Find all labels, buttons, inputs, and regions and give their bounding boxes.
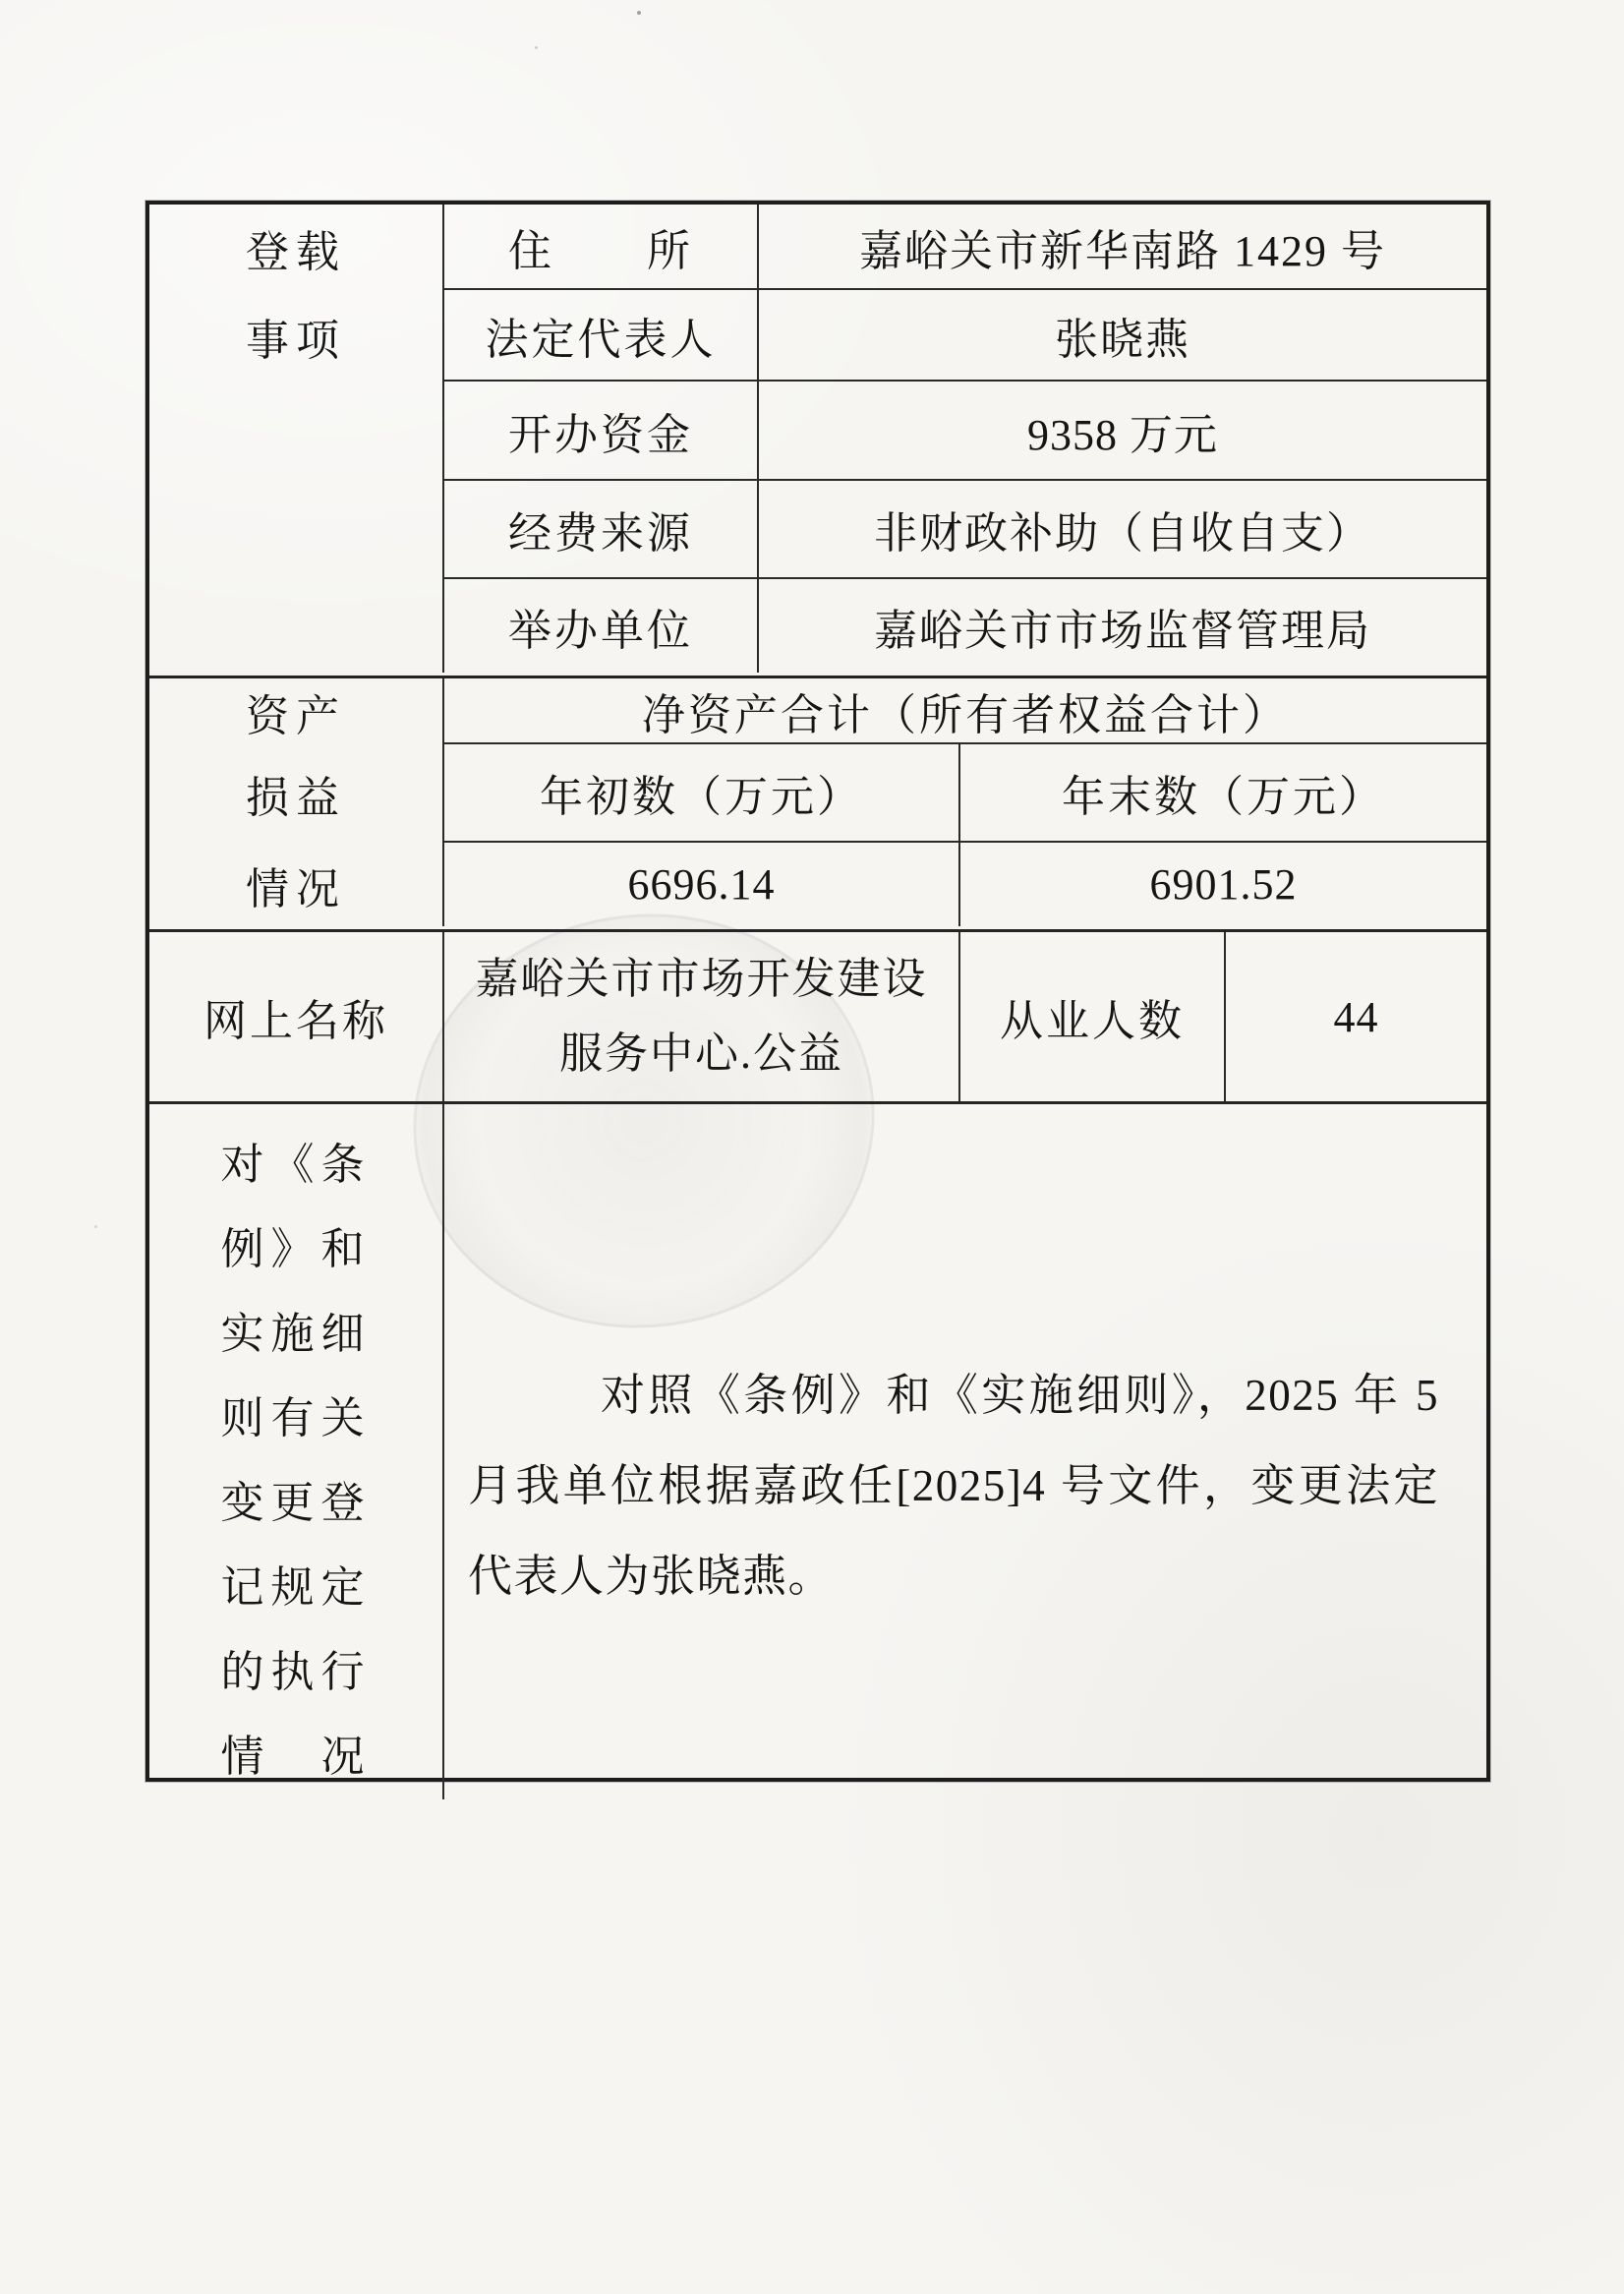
cell-year-start-label: 年初数（万元） [442,744,958,843]
row-header-line: 实施细 [221,1292,372,1377]
online-name-line: 嘉峪关市市场开发建设 [476,942,928,1017]
cell-online-name-value: 嘉峪关市市场开发建设 服务中心.公益 [442,932,958,1101]
row-header-line: 对《条 [221,1123,372,1207]
cell-year-end-value: 6901.52 [958,843,1486,926]
cell-funding-source-label: 经费来源 [442,481,757,579]
row-header-line: 则有关 [221,1377,372,1461]
cell-residence-value: 嘉峪关市新华南路 1429 号 [757,205,1486,290]
row-header-line: 资产 [149,678,442,744]
cell-residence-label: 住 所 [442,205,757,290]
cell-legal-representative-value: 张晓燕 [757,290,1486,382]
scanned-document-page: 登载 事项 住 所 嘉峪关市新华南路 1429 号 法定代表人 张晓燕 开办资金… [0,0,1624,2294]
row-header-line: 的执行 [221,1630,372,1715]
row-header-line: 事项 [149,290,442,382]
compliance-paragraph-text: 对照《条例》和《实施细则》，2025 年 5 月我单位根据嘉政任[2025]4 … [468,1350,1439,1621]
scan-speck [535,46,538,49]
row-header-line: 记规定 [221,1546,372,1630]
section-registered-items: 登载 事项 住 所 嘉峪关市新华南路 1429 号 法定代表人 张晓燕 开办资金… [149,205,1486,676]
section-compliance: 对《条 例》和 实施细 则有关 变更登 记规定 的执行 情 况 对照《条例》和《… [149,1101,1486,1778]
cell-sponsor-unit-value: 嘉峪关市市场监督管理局 [757,579,1486,673]
row-header-line: 例》和 [221,1207,372,1292]
cell-sponsor-unit-label: 举办单位 [442,579,757,673]
annual-report-table: 登载 事项 住 所 嘉峪关市新华南路 1429 号 法定代表人 张晓燕 开办资金… [145,201,1490,1782]
cell-compliance-paragraph: 对照《条例》和《实施细则》，2025 年 5 月我单位根据嘉政任[2025]4 … [442,1104,1486,1799]
cell-staff-count-label: 从业人数 [958,932,1224,1101]
row-header-assets: 资产 损益 情况 [149,678,442,926]
online-name-line: 服务中心.公益 [559,1017,843,1091]
scan-speck [94,1225,97,1228]
row-header-line: 登载 [149,205,442,290]
row-header-registered-items: 登载 事项 [149,205,442,673]
row-header-compliance: 对《条 例》和 实施细 则有关 变更登 记规定 的执行 情 况 [149,1104,442,1799]
cell-year-end-label: 年末数（万元） [958,744,1486,843]
cell-net-assets-header: 净资产合计（所有者权益合计） [442,678,1486,744]
cell-staff-count-value: 44 [1224,932,1486,1101]
cell-online-name-label: 网上名称 [149,932,442,1101]
row-header-line: 损益 [149,744,442,843]
section-assets: 资产 损益 情况 净资产合计（所有者权益合计） 年初数（万元） 年末数（万元） … [149,676,1486,929]
row-header-line: 情况 [149,843,442,926]
row-header-line: 变更登 [221,1461,372,1546]
cell-funding-source-value: 非财政补助（自收自支） [757,481,1486,579]
cell-legal-representative-label: 法定代表人 [442,290,757,382]
cell-opening-funds-label: 开办资金 [442,382,757,481]
row-header-line: 情 况 [221,1715,372,1799]
cell-year-start-value: 6696.14 [442,843,958,926]
cell-opening-funds-value: 9358 万元 [757,382,1486,481]
scan-speck [637,11,641,15]
section-online-name: 网上名称 嘉峪关市市场开发建设 服务中心.公益 从业人数 44 [149,929,1486,1101]
